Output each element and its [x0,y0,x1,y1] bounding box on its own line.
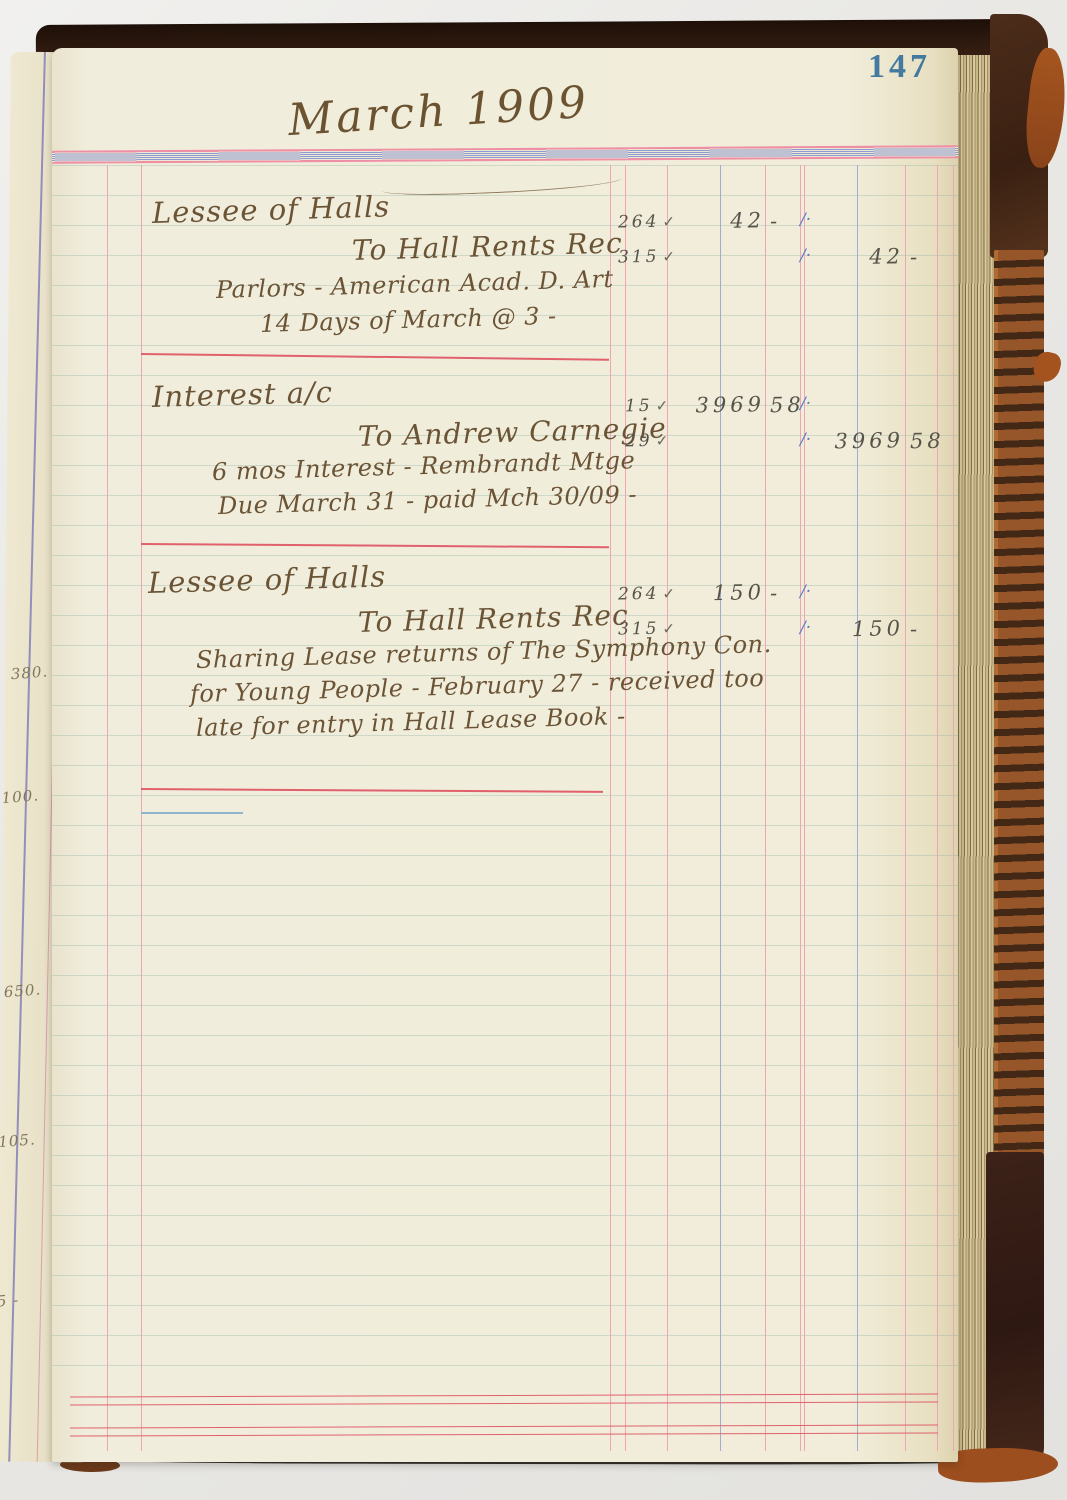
credit-amount-cents: 58 [910,429,940,454]
posting-mark: /· [800,394,811,414]
posted-check-mark: ✓ [662,247,678,265]
debit-amount-dollars: 42 [669,208,765,234]
rule-credit-blue [857,165,858,1451]
credit-amount-dollars: 3969 [808,428,904,454]
posting-mark: /· [800,210,811,230]
rule-folio-left-b [625,165,626,1451]
posting-mark: /· [800,582,811,602]
footer-rule-band [70,1424,938,1436]
debit-amount-cents: 58 [770,393,800,418]
rule-debit-right-b [804,165,805,1451]
debit-amount-dollars: 150 [669,580,765,606]
header-rule-band [52,145,958,164]
previous-page-amount: 650. [3,980,42,1001]
rule-folio-left-a [610,165,611,1451]
entry-account: Interest a/c [152,375,334,414]
credit-amount-dollars: 150 [808,616,904,642]
debit-folio-number: 264 [618,584,660,605]
credit-amount-cents: - [910,245,940,270]
book-cover-striped-edge [994,250,1044,1168]
rule-debit-right-a [800,165,801,1451]
debit-amount-cents: - [770,209,800,234]
posted-check-mark: ✓ [662,619,678,637]
rule-left-margin [107,165,108,1451]
credit-folio: 315✓ [618,618,678,639]
debit-folio: 15✓ [625,396,672,417]
ledger-photo: 380. 100. 650. 105. 5 - 147 March 1909 [0,0,1067,1500]
credit-amount-dollars: 42 [808,244,904,270]
previous-page-amount: 5 - [0,1291,20,1311]
rule-credit-cents [905,165,906,1451]
previous-page-amount: 380. [10,662,49,683]
credit-amount-cents: - [910,617,940,642]
month-header: March 1909 [287,77,591,146]
debit-folio-number: 15 [625,396,653,416]
previous-page-amount: 105. [0,1130,36,1151]
posted-check-mark: ✓ [655,432,671,450]
debit-folio-number: 264 [618,212,660,233]
credit-folio-number: 29 [625,431,653,451]
rule-folio-right [667,165,668,1451]
rule-left-margin-inner [141,165,142,1451]
ledger-page: 147 March 1909 Lessee of Halls To Hall R… [52,48,958,1462]
rule-right-margin-a [937,165,938,1451]
end-of-entries-blue-line [141,812,243,814]
footer-rule-band [70,1393,938,1405]
credit-folio-number: 315 [618,247,660,268]
entry-account: Lessee of Halls [152,189,391,230]
credit-folio: 29✓ [625,431,672,452]
credit-folio-number: 315 [618,619,660,640]
entry-account: Lessee of Halls [148,559,387,600]
previous-page-amount: 100. [1,786,40,807]
rule-debit-cents [765,165,766,1451]
rule-right-margin-b [953,165,954,1451]
debit-amount-cents: - [770,581,800,606]
rule-debit-blue [720,165,721,1451]
book-cover-bottom-right [986,1152,1044,1470]
debit-amount-dollars: 3969 [669,392,765,418]
credit-folio: 315✓ [618,246,678,267]
horizontal-ruling [52,165,958,1395]
page-number: 147 [868,48,931,86]
